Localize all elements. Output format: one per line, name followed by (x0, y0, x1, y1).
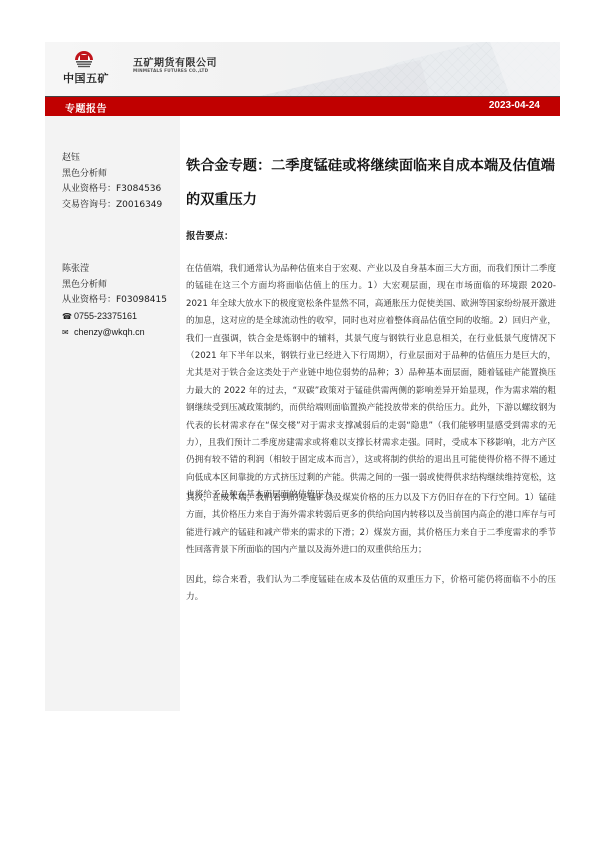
report-date: 2023-04-24 (489, 100, 540, 111)
report-header: 中国五矿 五矿期货有限公司 MINMETALS FUTURES CO.,LTD (45, 42, 560, 96)
building-decoration-icon (260, 42, 560, 96)
author-consulting-number: 交易咨询号：Z0016349 (62, 198, 162, 214)
author-email-row: ✉chenzy@wkqh.cn (62, 325, 167, 342)
minmetals-emblem-icon (73, 46, 95, 68)
keypoints-heading: 报告要点： (186, 228, 234, 242)
company-name-en: MINMETALS FUTURES CO.,LTD (133, 68, 208, 73)
author-email[interactable]: chenzy@wkqh.cn (74, 327, 145, 337)
paragraph-conclusion: 因此，综合来看，我们认为二季度锰硅在成本及估值的双重压力下，价格可能仍将面临不小… (186, 572, 556, 607)
author-qualification: 从业资格号：F03098415 (62, 293, 167, 309)
author-role: 黑色分析师 (62, 167, 162, 183)
author-name: 陈张滢 (62, 262, 167, 278)
author-sidebar: 赵钰 黑色分析师 从业资格号：F3084536 交易咨询号：Z0016349 陈… (45, 116, 180, 711)
report-type-label: 专题报告 (65, 100, 107, 115)
logo-text: 中国五矿 (63, 70, 109, 86)
company-name-cn: 五矿期货有限公司 (133, 54, 217, 69)
author-card: 赵钰 黑色分析师 从业资格号：F3084536 交易咨询号：Z0016349 (62, 151, 162, 213)
author-name: 赵钰 (62, 151, 162, 167)
report-title: 铁合金专题：二季度锰硅或将继续面临来自成本端及估值端的双重压力 (186, 149, 556, 217)
paragraph-cost: 其次，在成本端，我们看到的是锰矿以及煤炭价格的压力以及下方仍旧存在的下行空间。1… (186, 490, 556, 560)
envelope-icon: ✉ (62, 325, 74, 341)
paragraph-valuation: 在估值端，我们通常认为品种估值来自于宏观、产业以及自身基本面三大方面，而我们预计… (186, 261, 556, 505)
author-qualification: 从业资格号：F3084536 (62, 182, 162, 198)
author-card: 陈张滢 黑色分析师 从业资格号：F03098415 ☎0755-23375161… (62, 262, 167, 342)
author-phone-row: ☎0755-23375161 (62, 309, 167, 326)
report-type-banner: 专题报告 2023-04-24 (45, 97, 560, 116)
author-phone: 0755-23375161 (74, 311, 137, 321)
author-role: 黑色分析师 (62, 278, 167, 294)
phone-icon: ☎ (62, 309, 74, 325)
